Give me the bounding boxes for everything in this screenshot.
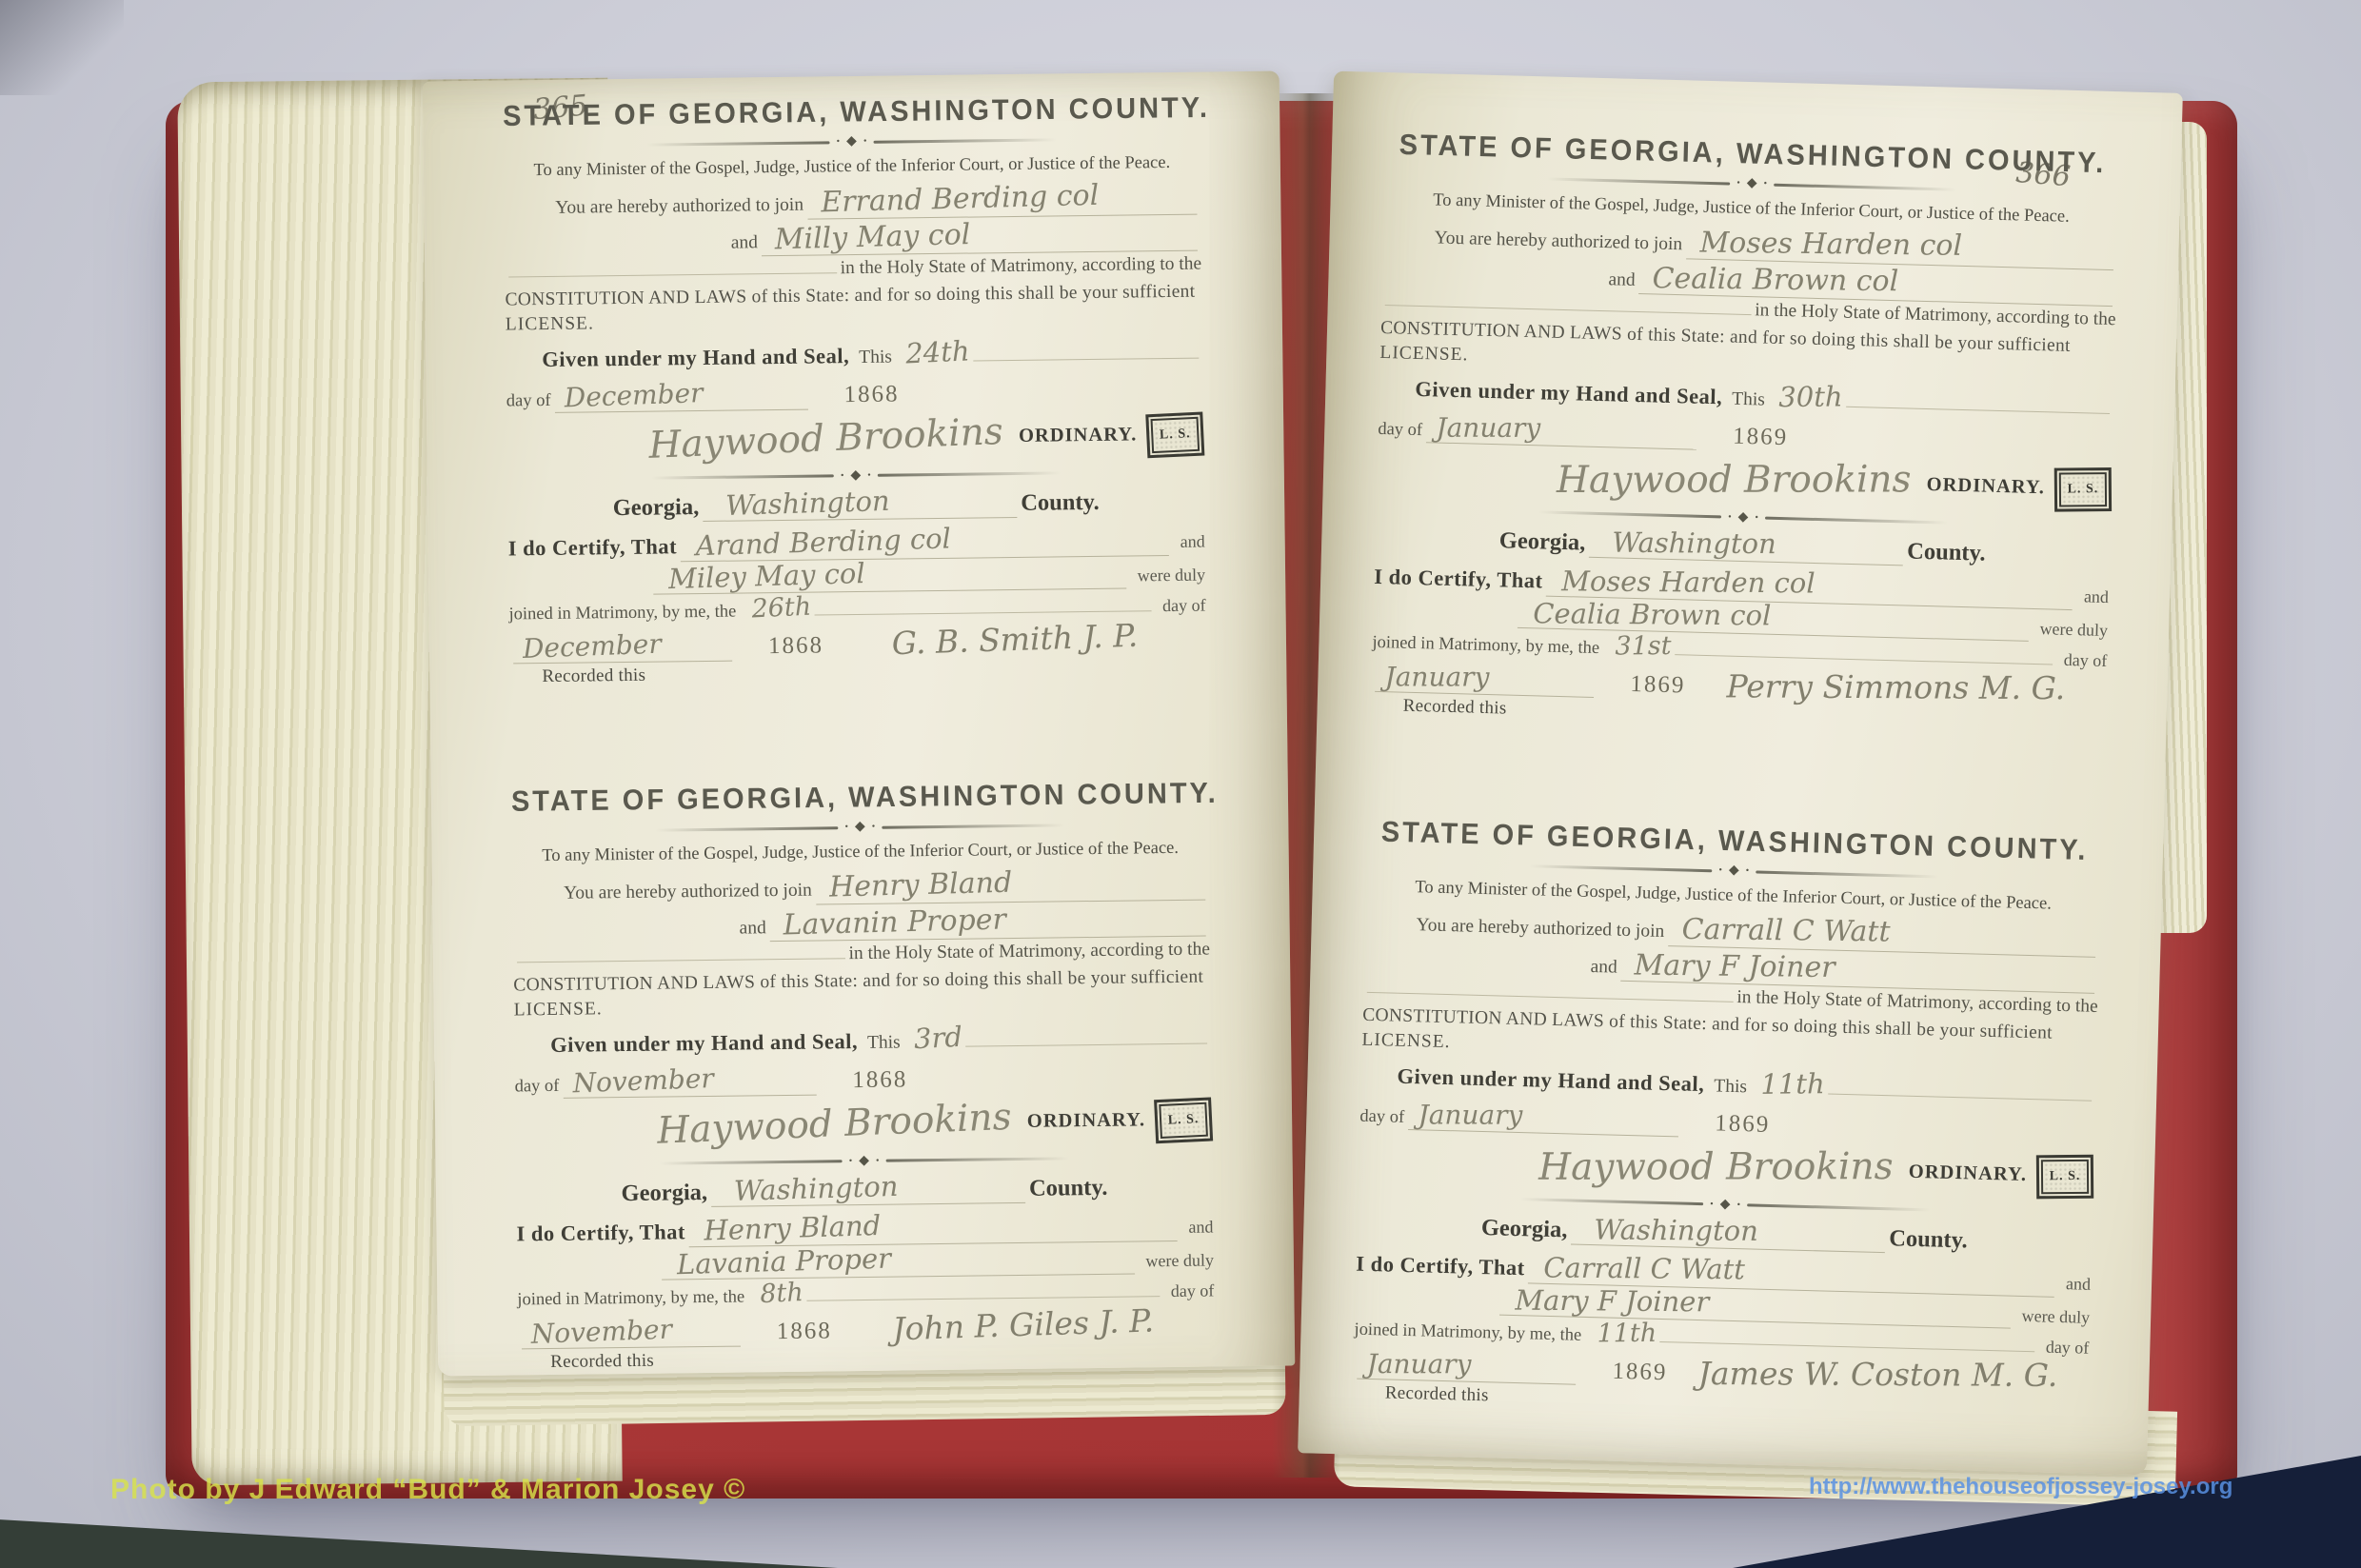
and-label: and [2084, 587, 2110, 607]
blank-line [806, 1280, 1160, 1301]
constitution-line: CONSTITUTION AND LAWS of this State: and… [505, 282, 1201, 311]
given-under-hand-label: Given under my Hand and Seal, [1397, 1064, 1704, 1097]
divider-line [1756, 870, 1938, 878]
groom-name: Errand Berding col [807, 180, 1100, 220]
divider-dot-icon: • [867, 471, 871, 481]
license-label: LICENSE. [514, 992, 1211, 1022]
certify-label: I do Certify, That [516, 1221, 685, 1247]
divider-line [878, 472, 1061, 477]
given-under-hand-label: Given under my Hand and Seal, [1415, 377, 1722, 409]
authorize-row: You are hereby authorized to join Errand… [504, 181, 1200, 223]
divider-line [882, 824, 1064, 828]
divider-line [1774, 183, 1956, 190]
month-line: January [1426, 411, 1697, 450]
county-name: Washington [1589, 526, 1776, 560]
authorize-label: You are hereby authorized to join [555, 195, 804, 220]
georgia-county-row: Georgia, Washington County. [507, 484, 1204, 525]
georgia-label: Georgia, [1498, 527, 1585, 557]
cert-groom-name: Moses Harden col [1546, 566, 1815, 600]
spacer [1770, 1132, 2094, 1141]
seal-label: L. S. [2068, 482, 2099, 497]
day-of-label: day of [515, 1077, 560, 1098]
divider-line [1520, 1199, 1703, 1206]
given-row: Given under my Hand and Seal, This 24th [506, 334, 1202, 374]
website-watermark: http://www.thehouseofjossey-josey.org [1809, 1474, 2232, 1500]
photo-credit-watermark: Photo by J Edward “Bud” & Marion Josey © [110, 1474, 745, 1506]
certify-label: I do Certify, That [508, 535, 678, 562]
address-line: To any Minister of the Gospel, Judge, Ju… [504, 153, 1200, 182]
this-label: This [1732, 389, 1765, 411]
county-line: Washington [1589, 526, 1904, 566]
county-line: Washington [703, 486, 1017, 522]
this-label: This [859, 347, 892, 369]
spacer [900, 397, 1203, 401]
cert-groom-name: Arand Berding col [681, 524, 952, 564]
bride-name: Milly May col [762, 219, 971, 257]
joined-label: joined in Matrimony, by me, the [508, 603, 736, 625]
divider-dot-icon: • [1736, 179, 1740, 189]
ordinary-signature: Haywood Brookins [648, 410, 1004, 467]
divider-diamond-icon: ◆ [1737, 511, 1748, 525]
groom-name: Carrall C Watt [1668, 914, 1890, 949]
blank-line [973, 343, 1199, 362]
cert-bride-name: Lavania Proper [661, 1242, 891, 1280]
county-label: County. [1029, 1175, 1108, 1202]
divider-diamond-icon: ◆ [846, 135, 857, 149]
record-header: STATE OF GEORGIA, WASHINGTON COUNTY. [511, 778, 1208, 820]
given-row: Given under my Hand and Seal, This 3rd [514, 1020, 1211, 1060]
county-name: Washington [703, 486, 890, 523]
license-year: 1869 [1715, 1110, 1771, 1139]
and-row: and Lavanin Proper [512, 903, 1209, 944]
day-of-label: day of [1171, 1280, 1215, 1300]
certify-label: I do Certify, That [1356, 1252, 1525, 1281]
marriage-license-record: STATE OF GEORGIA, WASHINGTON COUNTY. • ◆… [503, 93, 1206, 688]
and-label: and [1188, 1218, 1213, 1238]
divider-dot-icon: • [1755, 513, 1758, 523]
day-of-label: day of [1162, 596, 1206, 616]
cert-date-row: December 1868 G. B. Smith J. P. [509, 620, 1206, 665]
constitution-line: CONSTITUTION AND LAWS of this State: and… [513, 967, 1210, 997]
spacer [1788, 445, 2113, 453]
county-line: Washington [711, 1171, 1025, 1207]
day-of-row: day of November 1868 [514, 1059, 1211, 1099]
bride-name: Cealia Brown col [1639, 262, 1899, 298]
divider-dot-icon: • [1746, 866, 1750, 876]
cert-bride-name: Mary F Joiner [1499, 1284, 1709, 1318]
seal-label: L. S. [1167, 1112, 1199, 1129]
cert-year: 1868 [768, 632, 823, 660]
table-edge-shadow-left [0, 1509, 838, 1568]
license-day: 11th [1760, 1069, 1825, 1102]
blank-line [965, 1028, 1207, 1047]
name-line: Miley May col [653, 556, 1126, 594]
record-header: STATE OF GEORGIA, WASHINGTON COUNTY. [1385, 129, 2121, 181]
day-of-row: day of December 1868 [506, 373, 1203, 413]
month-line: January [1357, 1348, 1577, 1385]
right-page: 366 STATE OF GEORGIA, WASHINGTON COUNTY.… [1298, 71, 2183, 1476]
and-row: and Milly May col [505, 217, 1201, 259]
were-duly-label: were duly [1138, 565, 1206, 586]
and-label: and [1608, 269, 1636, 291]
groom-name: Henry Bland [815, 867, 1012, 905]
divider-line [1765, 517, 1948, 525]
cert-date-row: November 1868 John P. Giles J. P. [518, 1305, 1215, 1350]
left-page: 365 STATE OF GEORGIA, WASHINGTON COUNTY.… [423, 71, 1296, 1377]
divider-ornament: • ◆ • [660, 1152, 1069, 1170]
marriage-license-record: STATE OF GEORGIA, WASHINGTON COUNTY. • ◆… [1370, 129, 2120, 735]
divider-dot-icon: • [849, 1157, 853, 1166]
license-label: LICENSE. [506, 307, 1202, 336]
name-line: Henry Bland [816, 866, 1206, 904]
license-month: January [1426, 412, 1540, 443]
were-duly-label: were duly [2021, 1306, 2090, 1328]
month-line: January [1375, 661, 1595, 698]
matrimony-line: in the Holy State of Matrimony, accordin… [841, 254, 1202, 280]
divider-ornament: • ◆ • [655, 818, 1064, 836]
record-book: 365 STATE OF GEORGIA, WASHINGTON COUNTY.… [162, 57, 2252, 1514]
day-of-label: day of [1359, 1106, 1404, 1127]
county-line: Washington [1571, 1212, 1886, 1253]
divider-dot-icon: • [1718, 865, 1722, 875]
joined-label: joined in Matrimony, by me, the [1354, 1320, 1581, 1347]
certify-label: I do Certify, That [1374, 565, 1543, 594]
day-of-label: day of [2046, 1338, 2090, 1359]
recorded-this-label: Recorded this [542, 659, 1206, 688]
signature-row: Haywood Brookins ORDINARY. L. S. [1377, 449, 2113, 512]
georgia-label: Georgia, [1481, 1215, 1568, 1244]
georgia-county-row: Georgia, Washington County. [516, 1168, 1213, 1209]
blank-line [1846, 391, 2111, 414]
were-duly-label: were duly [1145, 1250, 1214, 1271]
divider-dot-icon: • [1763, 179, 1767, 189]
cert-day: 31st [1615, 631, 1671, 662]
name-line: Errand Berding col [807, 181, 1198, 219]
divider-line [886, 1158, 1069, 1162]
divider-line [660, 1161, 843, 1165]
ordinary-signature: Haywood Brookins [1557, 459, 1912, 502]
this-label: This [1714, 1077, 1747, 1099]
divider-dot-icon: • [1710, 1200, 1714, 1209]
cert-bride-name: Cealia Brown col [1518, 598, 1771, 632]
day-of-label: day of [2063, 650, 2107, 671]
photo-of-marriage-record-book: 365 STATE OF GEORGIA, WASHINGTON COUNTY.… [0, 0, 2361, 1568]
this-label: This [867, 1033, 901, 1055]
divider-dot-icon: • [1728, 513, 1732, 523]
divider-dot-icon: • [872, 823, 876, 832]
and-label: and [2066, 1274, 2092, 1294]
and-label: and [739, 918, 765, 940]
divider-diamond-icon: ◆ [1720, 1199, 1731, 1212]
address-line: To any Minister of the Gospel, Judge, Ju… [512, 839, 1209, 867]
record-header: STATE OF GEORGIA, WASHINGTON COUNTY. [503, 92, 1200, 134]
divider-line [651, 475, 834, 480]
matrimony-line: in the Holy State of Matrimony, accordin… [848, 940, 1210, 965]
divider-dot-icon: • [863, 137, 867, 147]
divider-ornament: • ◆ • [1529, 859, 1938, 883]
divider-line [655, 826, 838, 831]
divider-diamond-icon: ◆ [1729, 864, 1739, 878]
cert-bride-name: Miley May col [653, 558, 865, 596]
divider-dot-icon: • [837, 137, 841, 147]
cert-groom-name: Carrall C Watt [1529, 1253, 1746, 1286]
license-day: 30th [1778, 382, 1843, 414]
given-under-hand-label: Given under my Hand and Seal, [542, 345, 849, 373]
bride-name: Lavanin Proper [769, 903, 1006, 943]
cert-day: 8th [759, 1278, 804, 1309]
signature-row: Haywood Brookins ORDINARY. L. S. [515, 1098, 1213, 1150]
ordinary-label: ORDINARY. [1027, 1110, 1146, 1134]
seal-stamp: L. S. [1154, 1097, 1213, 1143]
were-duly-label: were duly [2039, 619, 2108, 641]
cert-year: 1869 [1612, 1359, 1668, 1387]
ordinary-signature: Haywood Brookins [657, 1096, 1013, 1153]
divider-dot-icon: • [844, 823, 848, 832]
divider-ornament: • ◆ • [1547, 171, 1956, 195]
divider-dot-icon: • [841, 471, 844, 481]
county-name: Washington [711, 1171, 899, 1208]
given-under-hand-label: Given under my Hand and Seal, [550, 1029, 858, 1058]
cert-month: January [1358, 1349, 1472, 1379]
georgia-label: Georgia, [621, 1180, 707, 1207]
license-month: January [1408, 1100, 1522, 1130]
day-of-label: day of [1378, 420, 1422, 441]
cert-month: January [1375, 662, 1489, 692]
cert-year: 1869 [1630, 671, 1686, 700]
blank-line [517, 943, 845, 963]
divider-line [1538, 511, 1721, 519]
license-year: 1868 [852, 1066, 907, 1094]
seal-label: L. S. [2050, 1169, 2081, 1184]
license-month: December [554, 378, 704, 414]
divider-line [1529, 864, 1712, 872]
marriage-license-record: STATE OF GEORGIA, WASHINGTON COUNTY. • ◆… [511, 779, 1215, 1374]
seal-stamp: L. S. [2036, 1155, 2093, 1200]
spacer [907, 1082, 1211, 1086]
divider-dot-icon: • [1736, 1201, 1740, 1210]
authorize-label: You are hereby authorized to join [564, 881, 812, 905]
month-line: December [554, 378, 807, 412]
ordinary-label: ORDINARY. [1019, 425, 1138, 448]
and-label: and [1590, 956, 1617, 978]
license-month: November [563, 1063, 714, 1100]
groom-name: Moses Harden col [1686, 227, 1962, 263]
county-label: County. [1021, 489, 1100, 517]
blank-line [1660, 1326, 2034, 1352]
name-line: Lavania Proper [662, 1241, 1135, 1280]
ordinary-signature: Haywood Brookins [1538, 1146, 1894, 1189]
month-line: November [563, 1063, 816, 1098]
blank-line [815, 595, 1151, 615]
divider-diamond-icon: ◆ [850, 469, 861, 483]
month-line: January [1408, 1099, 1679, 1138]
ordinary-label: ORDINARY. [1926, 474, 2045, 500]
photo-corner-shadow [0, 0, 124, 95]
license-year: 1868 [843, 381, 899, 408]
divider-line [647, 141, 830, 146]
record-header: STATE OF GEORGIA, WASHINGTON COUNTY. [1367, 816, 2103, 868]
blank-line [1828, 1079, 2093, 1102]
and-label: and [731, 232, 758, 254]
joined-label: joined in Matrimony, by me, the [517, 1287, 744, 1310]
marriage-license-record: STATE OF GEORGIA, WASHINGTON COUNTY. • ◆… [1353, 817, 2103, 1422]
authorize-row: You are hereby authorized to join Henry … [512, 866, 1209, 908]
license-day: 24th [904, 336, 970, 370]
authorize-label: You are hereby authorized to join [1416, 915, 1664, 943]
officiant-signature: John P. Giles J. P. [831, 1300, 1215, 1349]
cert-year: 1868 [777, 1318, 832, 1345]
joined-label: joined in Matrimony, by me, the [1372, 633, 1599, 660]
officiant-signature: G. B. Smith J. P. [823, 615, 1206, 664]
cert-month: December [512, 629, 662, 665]
georgia-label: Georgia, [613, 494, 700, 522]
name-line: Lavanin Proper [770, 903, 1206, 942]
name-line: Milly May col [762, 217, 1198, 256]
divider-ornament: • ◆ • [651, 466, 1061, 485]
county-name: Washington [1571, 1214, 1758, 1247]
blank-line [1675, 639, 2053, 665]
month-line: December [513, 630, 732, 665]
seal-stamp: L. S. [1145, 411, 1204, 458]
divider-ornament: • ◆ • [646, 132, 1056, 150]
divider-line [873, 138, 1056, 143]
divider-line [1747, 1204, 1930, 1212]
seal-stamp: L. S. [2054, 467, 2112, 512]
and-label: and [1180, 532, 1205, 552]
cert-month: November [521, 1315, 672, 1351]
blank-line [508, 257, 837, 277]
county-label: County. [1889, 1225, 1968, 1254]
divider-diamond-icon: ◆ [1747, 177, 1757, 190]
cert-day: 26th [751, 592, 812, 625]
officiant-signature: Perry Simmons M. G. [1685, 668, 2106, 706]
license-day: 3rd [913, 1022, 962, 1056]
signature-row: Haywood Brookins ORDINARY. L. S. [1359, 1137, 2094, 1200]
divider-diamond-icon: ◆ [855, 821, 865, 834]
county-label: County. [1907, 538, 1986, 566]
seal-label: L. S. [1160, 427, 1191, 444]
month-line: November [522, 1316, 741, 1350]
officiant-signature: James W. Coston M. G. [1667, 1356, 2088, 1394]
divider-dot-icon: • [876, 1157, 880, 1166]
ordinary-label: ORDINARY. [1908, 1161, 2027, 1187]
signature-row: Haywood Brookins ORDINARY. L. S. [506, 413, 1204, 466]
divider-line [1547, 177, 1730, 185]
cert-day: 11th [1597, 1319, 1657, 1349]
day-of-label: day of [506, 391, 551, 412]
divider-diamond-icon: ◆ [859, 1155, 869, 1168]
bride-name: Mary F Joiner [1621, 949, 1835, 984]
license-year: 1869 [1733, 423, 1789, 451]
authorize-label: You are hereby authorized to join [1434, 228, 1682, 255]
